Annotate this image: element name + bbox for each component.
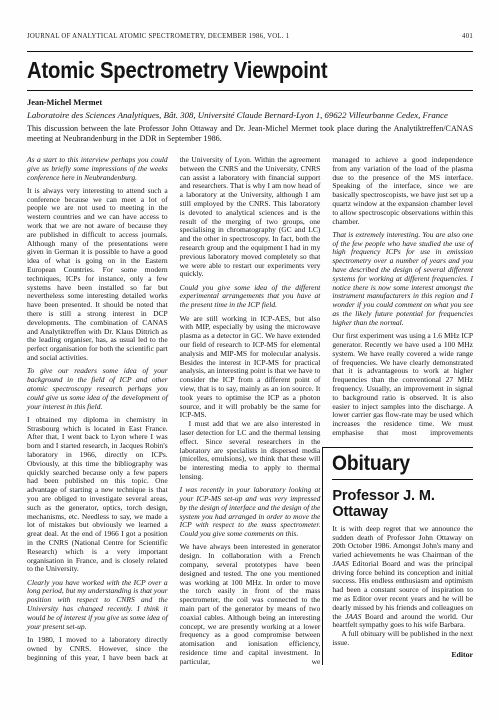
question-paragraph: I was recently in your laboratory lookin… [180, 486, 321, 539]
column-3: managed to achieve a good independence f… [332, 156, 473, 667]
obituary-heading: Professor J. M. Ottaway [332, 488, 473, 521]
body-paragraph: I must add that we are also interested i… [180, 420, 321, 482]
obituary-section-title: Obituary [332, 452, 410, 475]
page-number: 401 [462, 33, 473, 40]
question-paragraph: To give our readers some idea of your ba… [27, 367, 168, 411]
question-paragraph: As a start to this interview perhaps you… [27, 156, 168, 182]
page-header: JOURNAL OF ANALYTICAL ATOMIC SPECTROMETR… [27, 33, 473, 144]
horizontal-rule [27, 51, 473, 52]
body-paragraph: Our first experiment was using a 1.6 MHz… [332, 332, 473, 438]
body-paragraph: We are still working in ICP-AES, but als… [180, 315, 321, 421]
body-paragraph: I obtained my diploma in chemistry in St… [27, 416, 168, 574]
journal-header-text: JOURNAL OF ANALYTICAL ATOMIC SPECTROMETR… [27, 33, 289, 40]
column-1: As a start to this interview perhaps you… [27, 156, 168, 667]
body-paragraph: the University of Lyon. Within the agree… [180, 156, 321, 279]
body-paragraph: We have always been interested in genera… [180, 543, 321, 666]
obituary-box: Obituary Professor J. M. Ottaway It is w… [322, 447, 473, 665]
page-title: Atomic Spectrometry Viewpoint [27, 57, 327, 84]
column-2: the University of Lyon. Within the agree… [180, 156, 321, 667]
obituary-body: It is with deep regret that we announce … [332, 525, 473, 648]
journal-page: JOURNAL OF ANALYTICAL ATOMIC SPECTROMETR… [0, 0, 500, 719]
horizontal-rule [27, 90, 473, 91]
body-paragraph: A full obituary will be published in the… [332, 630, 473, 648]
body-paragraph: managed to achieve a good independence f… [332, 156, 473, 226]
article-intro: This discussion between the late Profess… [27, 124, 473, 144]
body-paragraph: In 1980, I moved to a laboratory directl… [27, 636, 168, 662]
question-paragraph: Could you give some idea of the differen… [180, 284, 321, 310]
body-paragraph: It is with deep regret that we announce … [332, 525, 473, 631]
article-columns: As a start to this interview perhaps you… [27, 156, 473, 667]
question-paragraph: That is extremely interesting. You are a… [332, 231, 473, 328]
body-paragraph: It is always very interesting to attend … [27, 187, 168, 363]
running-head: JOURNAL OF ANALYTICAL ATOMIC SPECTROMETR… [27, 33, 473, 40]
horizontal-rule [332, 479, 473, 480]
question-paragraph: Clearly you have worked with the ICP ove… [27, 579, 168, 632]
obituary-signature: Editor [332, 650, 473, 659]
author-affiliation: Laboratoire des Sciences Analytiques, Bâ… [27, 110, 473, 120]
column-3-text: managed to achieve a good independence f… [332, 156, 473, 438]
author-name: Jean-Michel Mermet [27, 98, 473, 107]
